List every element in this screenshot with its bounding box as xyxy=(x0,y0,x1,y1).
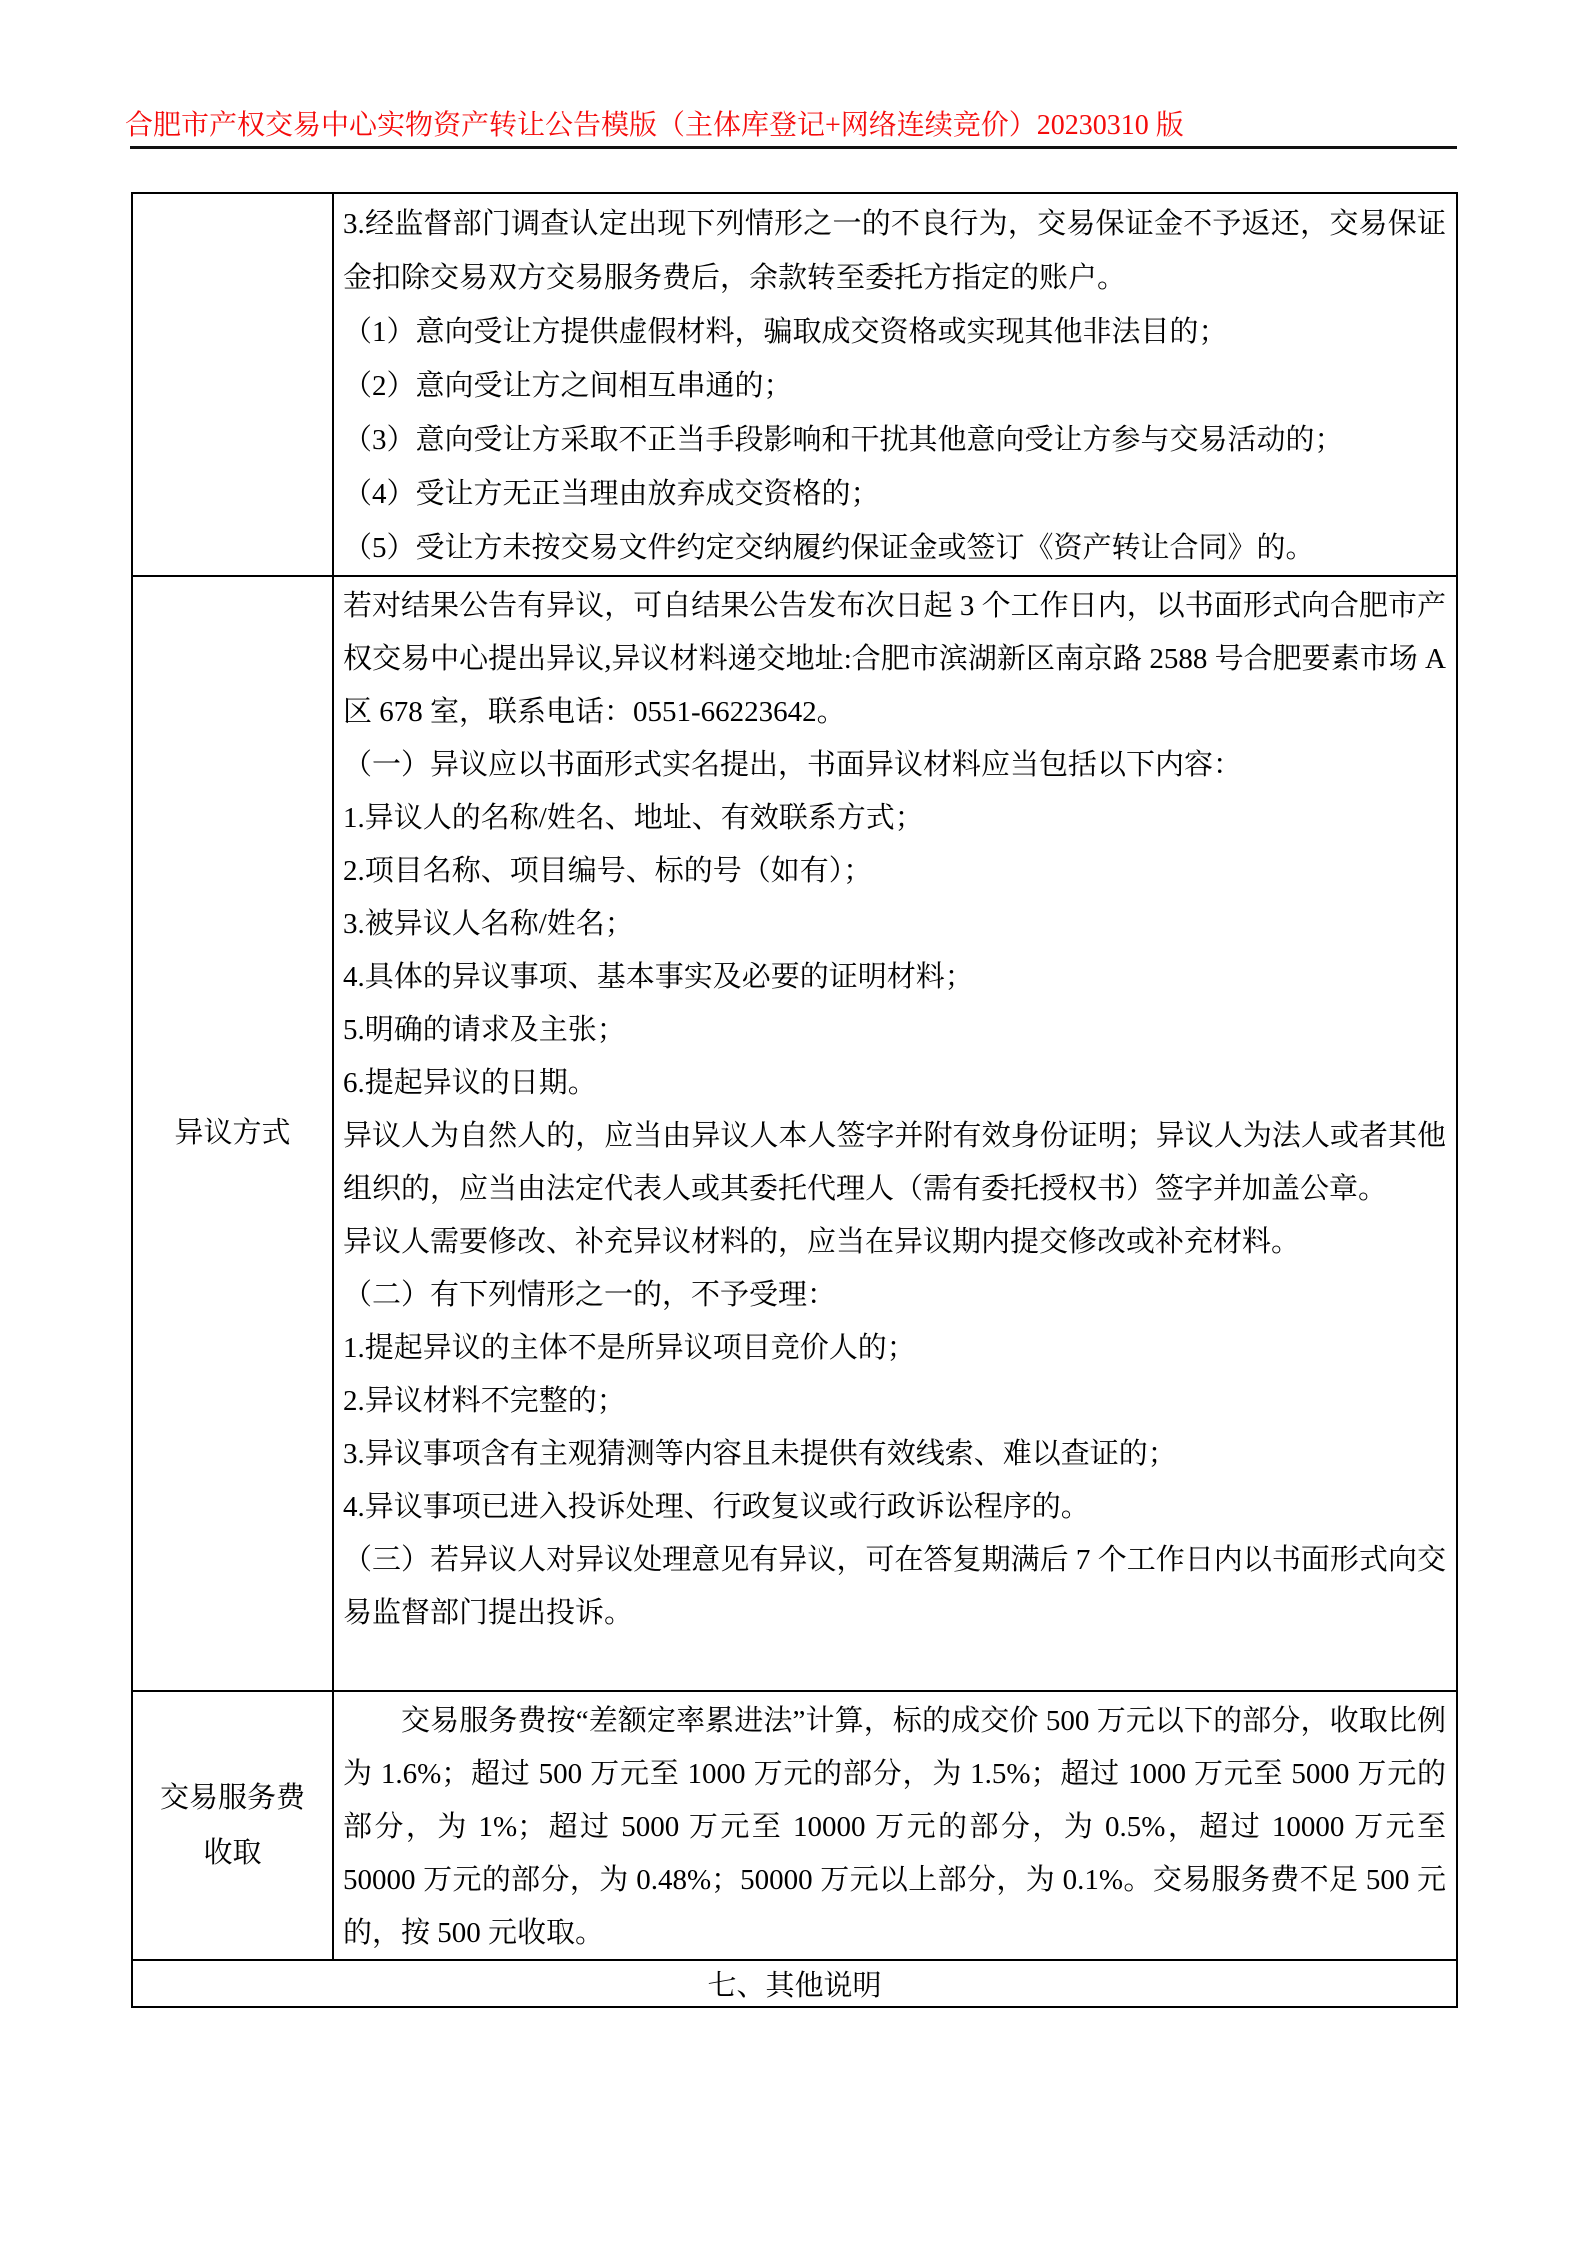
paragraph: （2）意向受让方之间相互串通的； xyxy=(343,359,1446,413)
table-row-service-fee: 交易服务费 收取 交易服务费按“差额定率累进法”计算，标的成交价 500 万元以… xyxy=(133,1690,1456,1959)
paragraph: 6.提起异议的日期。 xyxy=(343,1057,1446,1110)
row-label-text-line: 交易服务费 xyxy=(160,1771,305,1826)
objection-method-content: 若对结果公告有异议，可自结果公告发布次日起 3 个工作日内，以书面形式向合肥市产… xyxy=(334,577,1456,1690)
paragraph: 1.异议人的名称/姓名、地址、有效联系方式； xyxy=(343,792,1446,845)
deposit-forfeit-content: 3.经监督部门调查认定出现下列情形之一的不良行为，交易保证金不予返还，交易保证金… xyxy=(334,194,1456,575)
row-label-objection-method: 异议方式 xyxy=(133,577,334,1690)
paragraph: （1）意向受让方提供虚假材料，骗取成交资格或实现其他非法目的； xyxy=(343,305,1446,359)
header-rule xyxy=(130,146,1457,149)
row-label-text: 异议方式 xyxy=(174,1106,290,1161)
table-row-deposit-forfeit: 3.经监督部门调查认定出现下列情形之一的不良行为，交易保证金不予返还，交易保证金… xyxy=(133,194,1456,575)
paragraph: 3.被异议人名称/姓名； xyxy=(343,898,1446,951)
paragraph: 异议人为自然人的，应当由异议人本人签字并附有效身份证明；异议人为法人或者其他组织… xyxy=(343,1110,1446,1216)
announcement-table: 3.经监督部门调查认定出现下列情形之一的不良行为，交易保证金不予返还，交易保证金… xyxy=(131,192,1458,2008)
paragraph: 3.异议事项含有主观猜测等内容且未提供有效线索、难以查证的； xyxy=(343,1428,1446,1481)
section-title-other-notes: 七、其他说明 xyxy=(707,1963,881,2004)
service-fee-content: 交易服务费按“差额定率累进法”计算，标的成交价 500 万元以下的部分，收取比例… xyxy=(334,1692,1456,1959)
paragraph: 异议人需要修改、补充异议材料的，应当在异议期内提交修改或补充材料。 xyxy=(343,1216,1446,1269)
paragraph: （二）有下列情形之一的，不予受理： xyxy=(343,1269,1446,1322)
section-row-other-notes: 七、其他说明 xyxy=(133,1959,1456,2006)
paragraph: （三）若异议人对异议处理意见有异议，可在答复期满后 7 个工作日内以书面形式向交… xyxy=(343,1534,1446,1640)
document-page: 合肥市产权交易中心实物资产转让公告模版（主体库登记+网络连续竞价）2023031… xyxy=(0,0,1587,2245)
row-label-empty xyxy=(133,194,334,575)
paragraph: （5）受让方未按交易文件约定交纳履约保证金或签订《资产转让合同》的。 xyxy=(343,521,1446,575)
paragraph: 4.具体的异议事项、基本事实及必要的证明材料； xyxy=(343,951,1446,1004)
paragraph: （4）受让方无正当理由放弃成交资格的； xyxy=(343,467,1446,521)
paragraph: 1.提起异议的主体不是所异议项目竞价人的； xyxy=(343,1322,1446,1375)
paragraph: 交易服务费按“差额定率累进法”计算，标的成交价 500 万元以下的部分，收取比例… xyxy=(343,1695,1446,1959)
row-label-service-fee: 交易服务费 收取 xyxy=(133,1692,334,1959)
row-label-text-line: 收取 xyxy=(203,1826,261,1881)
paragraph: 2.异议材料不完整的； xyxy=(343,1375,1446,1428)
paragraph: 4.异议事项已进入投诉处理、行政复议或行政诉讼程序的。 xyxy=(343,1481,1446,1534)
paragraph: 2.项目名称、项目编号、标的号（如有）； xyxy=(343,845,1446,898)
paragraph: 3.经监督部门调查认定出现下列情形之一的不良行为，交易保证金不予返还，交易保证金… xyxy=(343,197,1446,305)
paragraph: 若对结果公告有异议，可自结果公告发布次日起 3 个工作日内，以书面形式向合肥市产… xyxy=(343,580,1446,739)
paragraph: 5.明确的请求及主张； xyxy=(343,1004,1446,1057)
page-header-title: 合肥市产权交易中心实物资产转让公告模版（主体库登记+网络连续竞价）2023031… xyxy=(125,109,1184,143)
table-row-objection-method: 异议方式 若对结果公告有异议，可自结果公告发布次日起 3 个工作日内，以书面形式… xyxy=(133,575,1456,1690)
paragraph: （一）异议应以书面形式实名提出，书面异议材料应当包括以下内容： xyxy=(343,739,1446,792)
paragraph: （3）意向受让方采取不正当手段影响和干扰其他意向受让方参与交易活动的； xyxy=(343,413,1446,467)
